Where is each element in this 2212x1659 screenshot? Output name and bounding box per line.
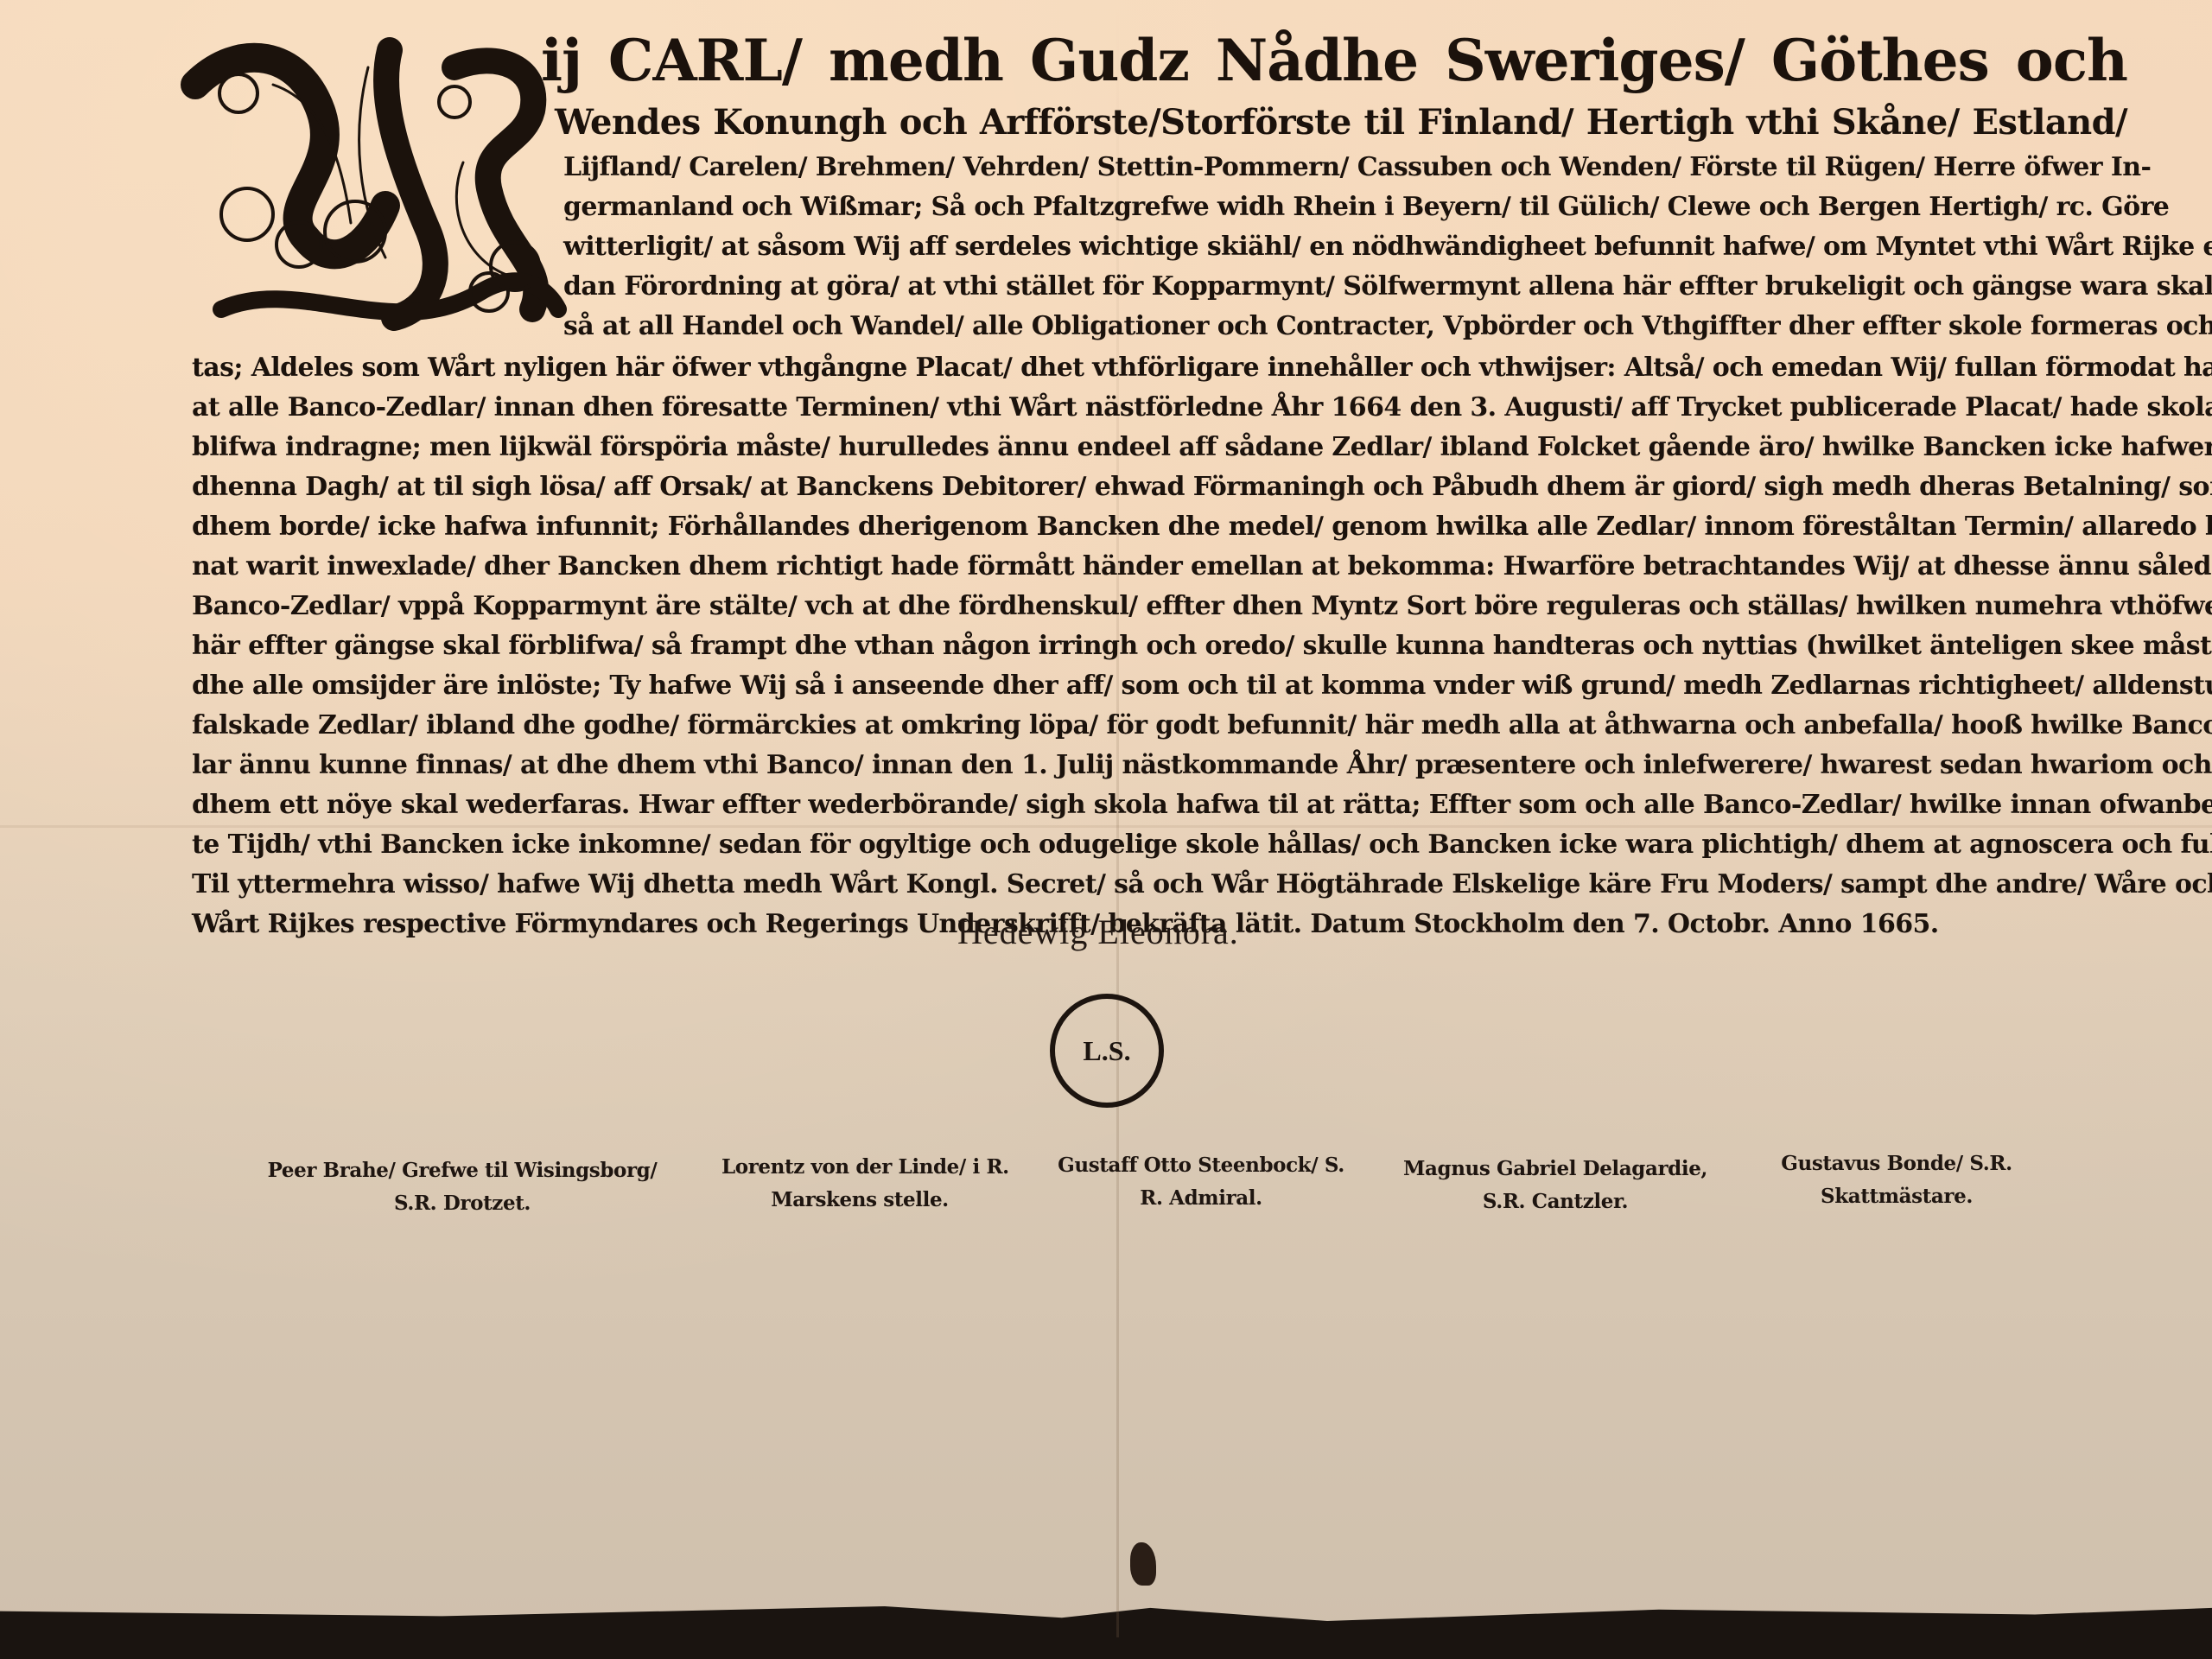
text-line: Wendes Konungh och Arfförste/Storförste … — [555, 102, 2127, 143]
text-line: blifwa indragne; men lijkwäl förspöria m… — [192, 432, 2127, 463]
signatory-title: R. Admiral. — [1046, 1182, 1357, 1215]
signatory-brahe: Peer Brahe/ Grefwe til Wisingsborg/ S.R.… — [246, 1154, 678, 1220]
text-line: te Tijdh/ vthi Bancken icke inkomne/ sed… — [192, 829, 2127, 861]
signatory-name: Peer Brahe/ Grefwe til Wisingsborg/ — [246, 1154, 678, 1187]
text-line: Lijfland/ Carelen/ Brehmen/ Vehrden/ Ste… — [563, 152, 2127, 183]
signatory-bonde: Gustavus Bonde/ S.R. Skattmästare. — [1754, 1147, 2039, 1213]
text-line: dhem borde/ icke hafwa infunnit; Förhåll… — [192, 512, 2127, 543]
signatory-name: Gustavus Bonde/ S.R. — [1754, 1147, 2039, 1180]
signatory-name: Gustaff Otto Steenbock/ S. — [1046, 1149, 1357, 1182]
signatory-name: Lorentz von der Linde/ i R. — [721, 1151, 998, 1184]
text-line: witterligit/ at såsom Wij aff serdeles w… — [563, 232, 2127, 263]
signatory-steenbock: Gustaff Otto Steenbock/ S. R. Admiral. — [1046, 1149, 1357, 1215]
text-line: så at all Handel och Wandel/ alle Obliga… — [563, 311, 2127, 342]
signatory-linde: Lorentz von der Linde/ i R. Marskens ste… — [721, 1151, 998, 1217]
decorative-initial-w-icon — [169, 33, 567, 340]
seal-label: L.S. — [1083, 1035, 1130, 1067]
signatory-title: Skattmästare. — [1754, 1180, 2039, 1213]
text-line: nat warit inwexlade/ dher Bancken dhem r… — [192, 551, 2127, 582]
text-line: dhenna Dagh/ at til sigh lösa/ aff Orsak… — [192, 472, 2127, 503]
text-line: Banco-Zedlar/ vppå Kopparmynt äre stälte… — [192, 591, 2127, 622]
signatory-name: Magnus Gabriel Delagardie, — [1391, 1153, 1719, 1185]
signatory-title: S.R. Drotzet. — [246, 1187, 678, 1220]
signatory-delagardie: Magnus Gabriel Delagardie, S.R. Cantzler… — [1391, 1153, 1719, 1218]
text-line: lar ännu kunne finnas/ at dhe dhem vthi … — [192, 750, 2127, 781]
text-line: dhem ett nöye skal wederfaras. Hwar efft… — [192, 790, 2127, 821]
text-line: tas; Aldeles som Wårt nyligen här öfwer … — [192, 353, 2127, 384]
text-line: här effter gängse skal förblifwa/ så fra… — [192, 631, 2127, 662]
regent-signature: Hedewig Eleonora. — [957, 912, 1239, 952]
title-line: ij CARL/ medh Gudz Nådhe Sweriges/ Göthe… — [541, 26, 2127, 95]
text-line: germanland och Wißmar; Så och Pfaltzgref… — [563, 192, 2127, 223]
signatory-title: Marskens stelle. — [721, 1184, 998, 1217]
text-line: dhe alle omsijder äre inlöste; Ty hafwe … — [192, 671, 2127, 702]
text-line: falskade Zedlar/ ibland dhe godhe/ förmä… — [192, 710, 2127, 741]
signatory-title: S.R. Cantzler. — [1391, 1185, 1719, 1218]
seal-stamp: L.S. — [1050, 994, 1164, 1108]
text-line: Til yttermehra wisso/ hafwe Wij dhetta m… — [192, 869, 2127, 900]
text-line: dan Förordning at göra/ at vthi stället … — [563, 271, 2127, 302]
text-line: at alle Banco-Zedlar/ innan dhen föresat… — [192, 392, 2127, 423]
horizontal-fold-crease — [0, 825, 2212, 828]
